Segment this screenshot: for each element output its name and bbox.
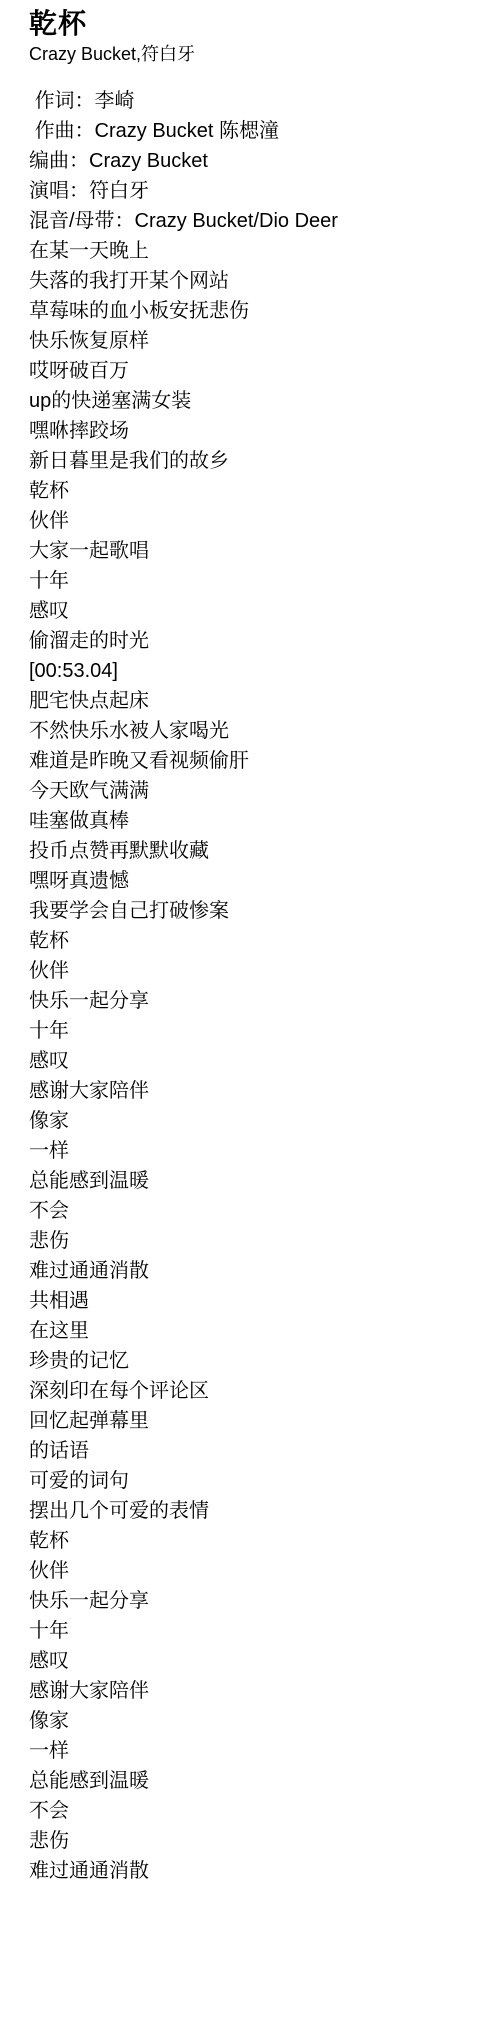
lyric-line: 伙伴 <box>29 1556 480 1586</box>
lyric-line: 失落的我打开某个网站 <box>29 266 480 296</box>
lyric-line: 快乐恢复原样 <box>29 326 480 356</box>
lyric-line: 难过通通消散 <box>29 1856 480 1886</box>
lyric-line: 大家一起歌唱 <box>29 536 480 566</box>
lyric-line: 的话语 <box>29 1436 480 1466</box>
lyric-line: 共相遇 <box>29 1286 480 1316</box>
lyric-line: 悲伤 <box>29 1826 480 1856</box>
lyric-line: 像家 <box>29 1106 480 1136</box>
lyric-line: up的快递塞满女装 <box>29 386 480 416</box>
lyrics-block: 在某一天晚上失落的我打开某个网站草莓味的血小板安抚悲伤快乐恢复原样哎呀破百万up… <box>29 236 480 1886</box>
lyric-line: 快乐一起分享 <box>29 1586 480 1616</box>
lyric-line: 肥宅快点起床 <box>29 686 480 716</box>
lyric-line: 十年 <box>29 1616 480 1646</box>
lyric-line: [00:53.04] <box>29 656 480 686</box>
lyric-line: 感叹 <box>29 1046 480 1076</box>
song-title: 乾杯 <box>29 6 480 42</box>
credits-block: 作词：李崎 作曲：Crazy Bucket 陈楒潼编曲：Crazy Bucket… <box>29 86 480 236</box>
lyric-line: 十年 <box>29 1016 480 1046</box>
lyric-line: 我要学会自己打破惨案 <box>29 896 480 926</box>
credit-line: 作词：李崎 <box>29 86 480 116</box>
lyric-line: 总能感到温暖 <box>29 1166 480 1196</box>
lyric-line: 十年 <box>29 566 480 596</box>
credit-line: 演唱：符白牙 <box>29 176 480 206</box>
credit-line: 混音/母带：Crazy Bucket/Dio Deer <box>29 206 480 236</box>
lyric-line: 难过通通消散 <box>29 1256 480 1286</box>
lyric-line: 感谢大家陪伴 <box>29 1676 480 1706</box>
lyrics-page: 乾杯 Crazy Bucket,符白牙 作词：李崎 作曲：Crazy Bucke… <box>0 0 500 1886</box>
lyric-line: 总能感到温暖 <box>29 1766 480 1796</box>
lyric-line: 珍贵的记忆 <box>29 1346 480 1376</box>
lyric-line: 嘿呀真遗憾 <box>29 866 480 896</box>
lyric-line: 不然快乐水被人家喝光 <box>29 716 480 746</box>
lyric-line: 新日暮里是我们的故乡 <box>29 446 480 476</box>
lyric-line: 乾杯 <box>29 926 480 956</box>
lyric-line: 感叹 <box>29 1646 480 1676</box>
lyric-line: 回忆起弹幕里 <box>29 1406 480 1436</box>
lyric-line: 快乐一起分享 <box>29 986 480 1016</box>
lyric-line: 偷溜走的时光 <box>29 626 480 656</box>
lyric-line: 不会 <box>29 1196 480 1226</box>
lyric-line: 不会 <box>29 1796 480 1826</box>
lyric-line: 草莓味的血小板安抚悲伤 <box>29 296 480 326</box>
lyric-line: 乾杯 <box>29 1526 480 1556</box>
lyric-line: 摆出几个可爱的表情 <box>29 1496 480 1526</box>
lyric-line: 投币点赞再默默收藏 <box>29 836 480 866</box>
credit-line: 作曲：Crazy Bucket 陈楒潼 <box>29 116 480 146</box>
lyric-line: 伙伴 <box>29 956 480 986</box>
lyric-line: 难道是昨晚又看视频偷肝 <box>29 746 480 776</box>
lyric-line: 嘿咻摔跤场 <box>29 416 480 446</box>
lyric-line: 在这里 <box>29 1316 480 1346</box>
lyric-line: 悲伤 <box>29 1226 480 1256</box>
spacer <box>29 66 480 86</box>
lyric-line: 哎呀破百万 <box>29 356 480 386</box>
lyric-line: 哇塞做真棒 <box>29 806 480 836</box>
lyric-line: 感叹 <box>29 596 480 626</box>
lyric-line: 一样 <box>29 1736 480 1766</box>
lyric-line: 像家 <box>29 1706 480 1736</box>
lyric-line: 可爱的词句 <box>29 1466 480 1496</box>
lyric-line: 乾杯 <box>29 476 480 506</box>
lyric-line: 伙伴 <box>29 506 480 536</box>
lyric-line: 在某一天晚上 <box>29 236 480 266</box>
lyric-line: 感谢大家陪伴 <box>29 1076 480 1106</box>
song-artists: Crazy Bucket,符白牙 <box>29 42 480 66</box>
lyric-line: 一样 <box>29 1136 480 1166</box>
lyric-line: 今天欧气满满 <box>29 776 480 806</box>
lyric-line: 深刻印在每个评论区 <box>29 1376 480 1406</box>
credit-line: 编曲：Crazy Bucket <box>29 146 480 176</box>
